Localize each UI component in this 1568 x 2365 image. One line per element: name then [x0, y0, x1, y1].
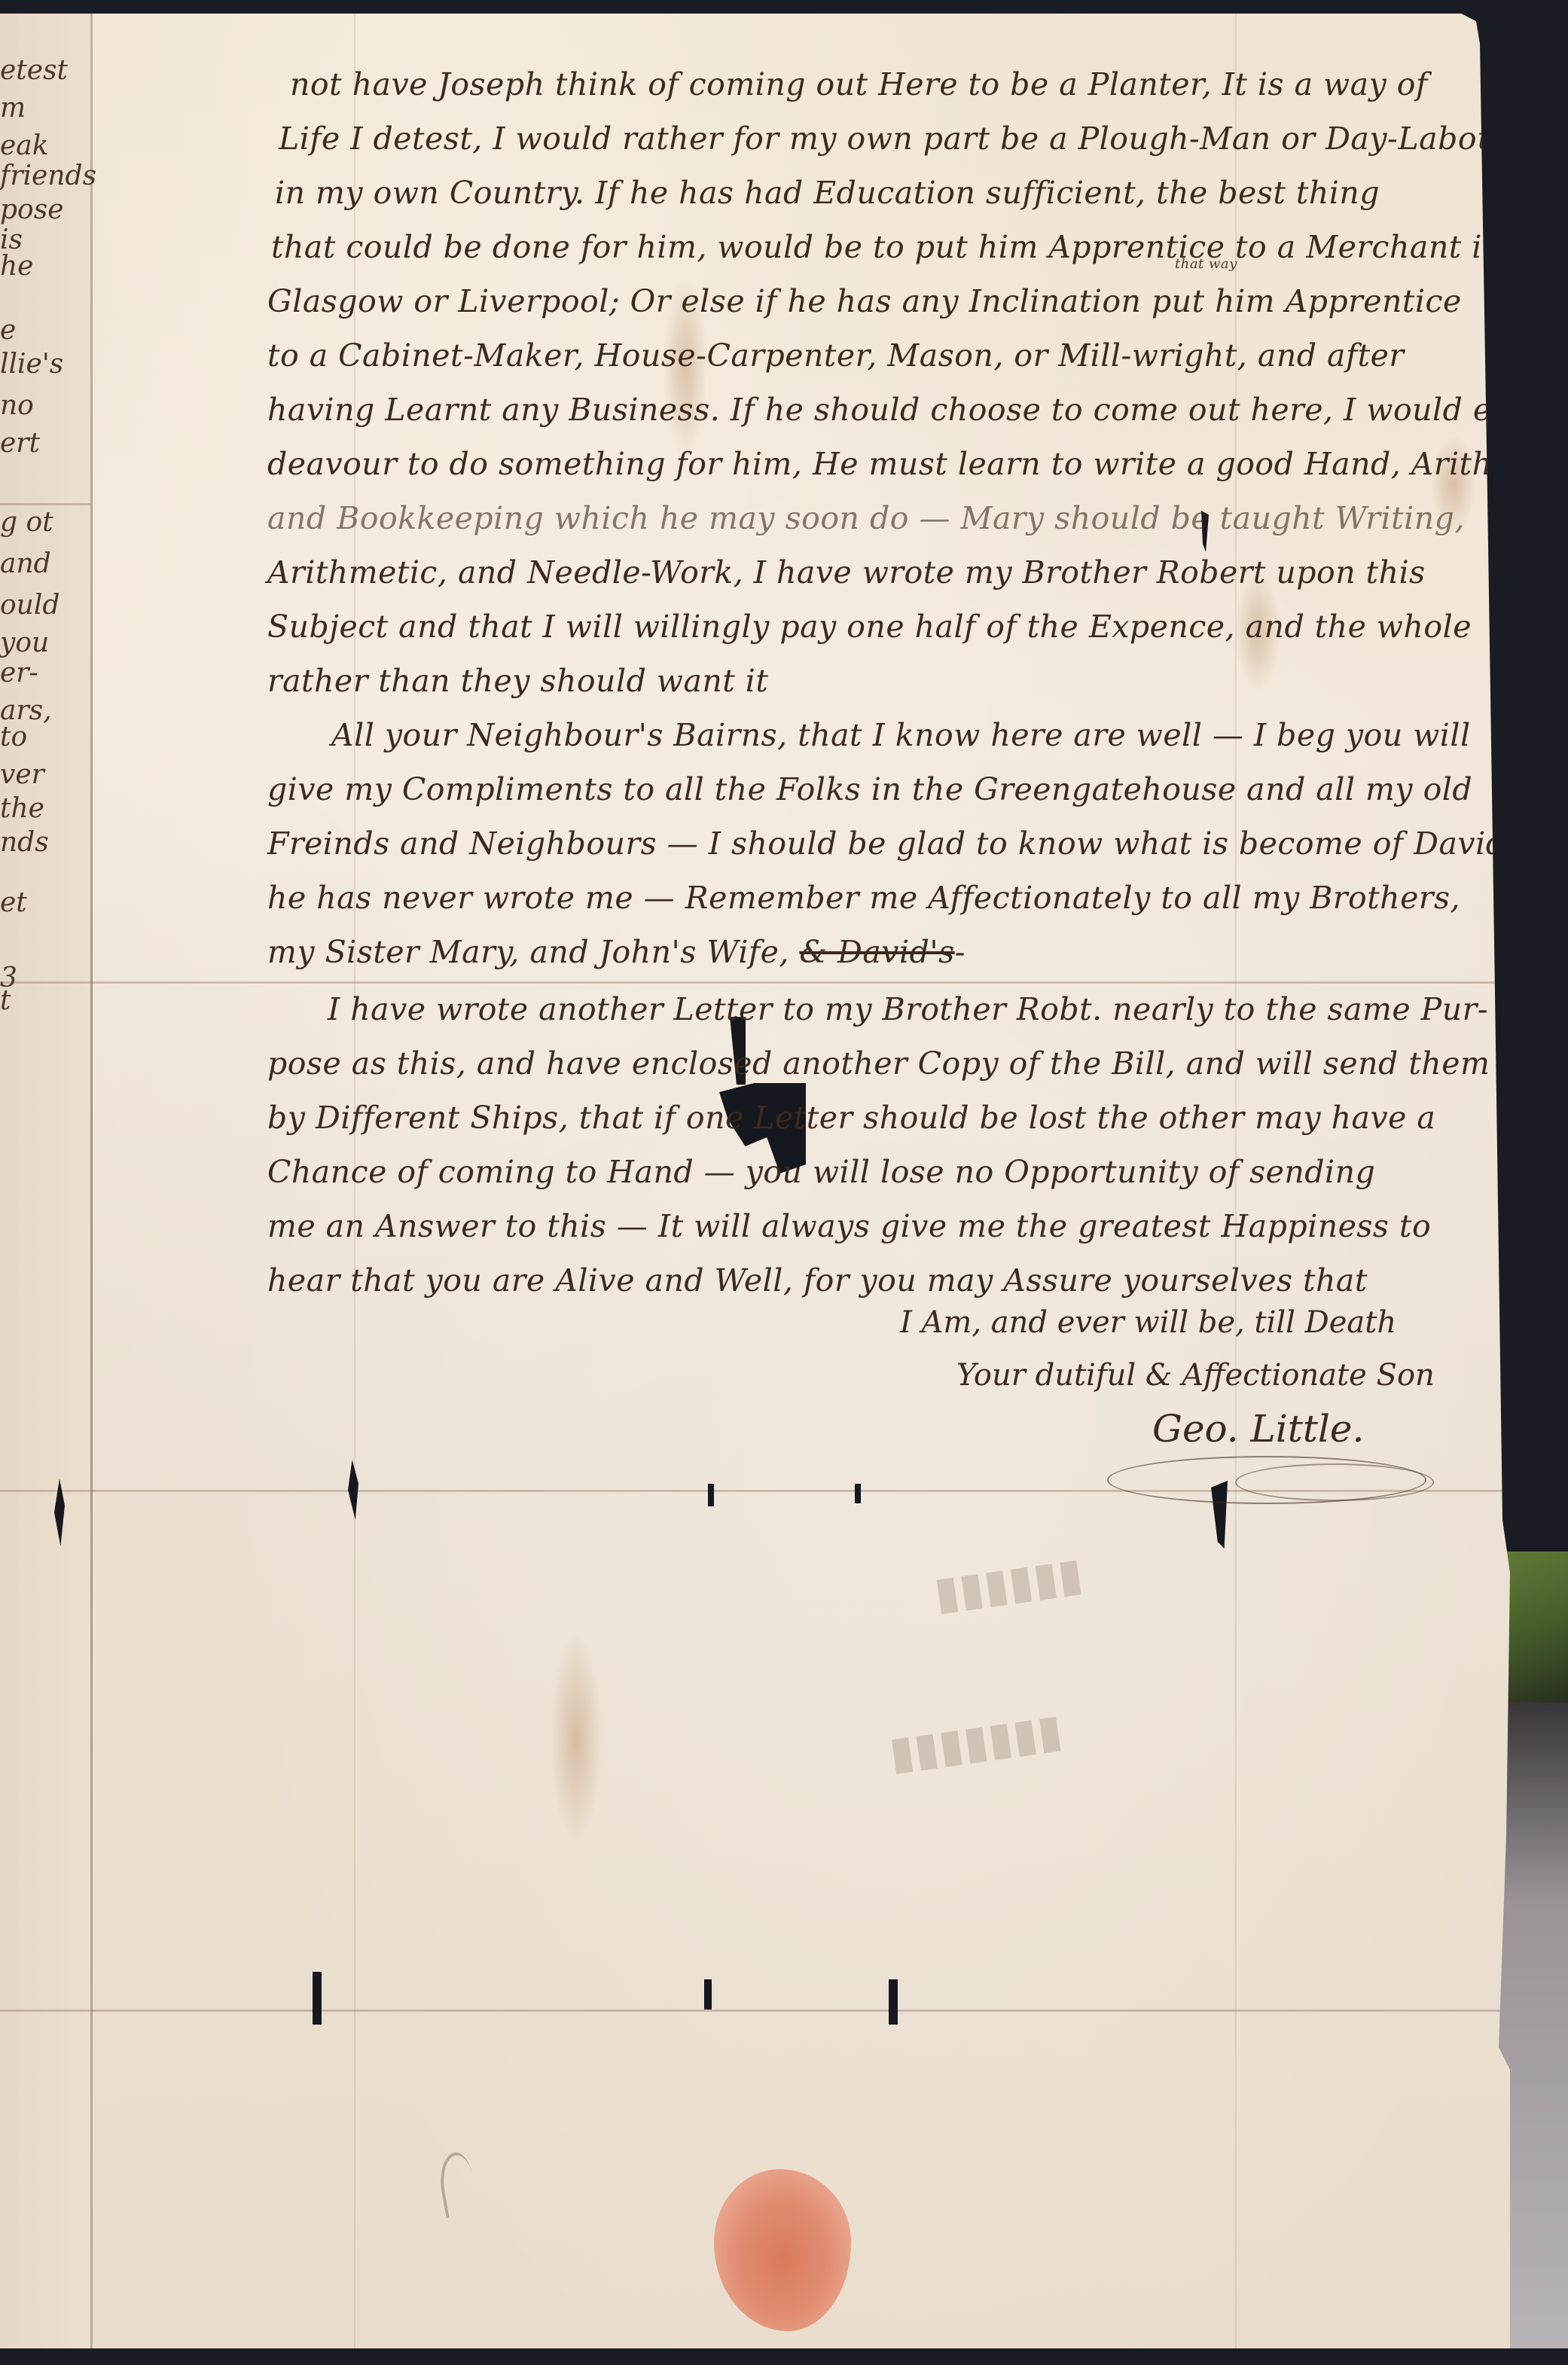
edge-fragment: llie's: [0, 349, 63, 380]
closing-line-2: Your dutiful & Affectionate Son: [956, 1358, 1435, 1393]
letter-line: give my Compliments to all the Folks in …: [267, 771, 1472, 807]
letter-line: that could be done for him, would be to …: [271, 229, 1502, 265]
letter-line: in my own Country. If he has had Educati…: [275, 175, 1380, 211]
letter-line: to a Cabinet-Maker, House-Carpenter, Mas…: [267, 337, 1404, 374]
tear-mark: [708, 1484, 714, 1506]
edge-fragment: ould: [0, 590, 59, 621]
pencil-mark: [435, 2150, 479, 2218]
edge-fragment: er-: [0, 658, 38, 688]
letter-line: he has never wrote me — Remember me Affe…: [267, 880, 1460, 916]
letter-line: I have wrote another Letter to my Brothe…: [328, 991, 1488, 1027]
edge-fragment: ert: [0, 428, 40, 459]
edge-fragment: etest: [0, 55, 68, 86]
letter-line: Freinds and Neighbours — I should be gla…: [267, 825, 1568, 862]
edge-fragment: m: [0, 93, 26, 124]
background-bottom-edge: [0, 2348, 1568, 2365]
closing-line-1: I Am, and ever will be, till Death: [900, 1305, 1396, 1340]
tear-mark: [889, 1979, 898, 2025]
line-end-dash: -: [955, 934, 966, 970]
letter-line: hear that you are Alive and Well, for yo…: [267, 1262, 1368, 1298]
letter-line: pose as this, and have enclosed another …: [267, 1045, 1490, 1082]
letter-line: my Sister Mary, and John's Wife, & David…: [267, 934, 966, 970]
signature: Geo. Little.: [1152, 1407, 1364, 1451]
tear-mark: [704, 1979, 712, 2009]
letter-line: Arithmetic, and Needle-Work, I have wrot…: [267, 554, 1426, 590]
letter-line: deavour to do something for him, He must…: [267, 446, 1568, 482]
horizontal-fold-middle: [0, 981, 1510, 984]
interlinear-insertion: that way: [1175, 256, 1237, 272]
edge-fragment: the: [0, 793, 44, 824]
edge-fragment: pose: [0, 194, 64, 225]
edge-fragment: friends: [0, 160, 96, 191]
letter-line: Chance of coming to Hand — you will lose…: [267, 1154, 1375, 1190]
edge-fragment: he: [0, 251, 34, 282]
edge-fragment: et: [0, 887, 27, 918]
letter-line: by Different Ships, that if one Letter s…: [267, 1100, 1435, 1136]
wax-seal: [714, 2169, 851, 2331]
signature-flourish: [1235, 1463, 1434, 1501]
water-stain: [550, 1633, 602, 1844]
bleed-through-text: ▮▮▮▮▮▮: [931, 1548, 1086, 1621]
letter-line: rather than they should want it: [267, 663, 768, 699]
edge-fragment: t: [0, 985, 11, 1016]
edge-fragment: to: [0, 722, 27, 752]
letter-line: not have Joseph think of coming out Here…: [290, 66, 1428, 102]
tear-mark: [313, 1972, 322, 2025]
edge-fragment: nds: [0, 827, 49, 858]
letter-line: having Learnt any Business. If he should…: [267, 392, 1523, 428]
edge-fragment: and: [0, 548, 51, 579]
letter-line: Glasgow or Liverpool; Or else if he has …: [267, 283, 1462, 319]
edge-fragment: ver: [0, 759, 44, 790]
horizontal-fold-edge: [0, 503, 90, 505]
letter-line: me an Answer to this — It will always gi…: [267, 1208, 1431, 1244]
edge-fragment: you: [0, 627, 49, 658]
horizontal-fold-bottom: [0, 2009, 1510, 2012]
edge-fragment: no: [0, 390, 34, 421]
edge-fragment: e: [0, 315, 16, 346]
letter-sheet: etest m eak friends pose is he e llie's …: [0, 14, 1510, 2348]
letter-line-faded: and Bookkeeping which he may soon do — M…: [267, 500, 1465, 536]
edge-fragment: eak: [0, 130, 49, 161]
letter-line: Subject and that I will willingly pay on…: [267, 609, 1472, 645]
edge-fragment: g ot: [0, 507, 53, 538]
vertical-fold-left: [90, 14, 93, 2348]
bleed-through-text: ▮▮▮▮▮▮▮: [886, 1704, 1066, 1780]
tear-mark: [348, 1460, 358, 1520]
letter-line: All your Neighbour's Bairns, that I know…: [331, 717, 1471, 753]
letter-line-text: my Sister Mary, and John's Wife,: [267, 934, 789, 970]
tear-mark: [855, 1484, 861, 1503]
struck-text: & David's: [799, 934, 954, 970]
letter-line: Life I detest, I would rather for my own…: [279, 121, 1546, 157]
